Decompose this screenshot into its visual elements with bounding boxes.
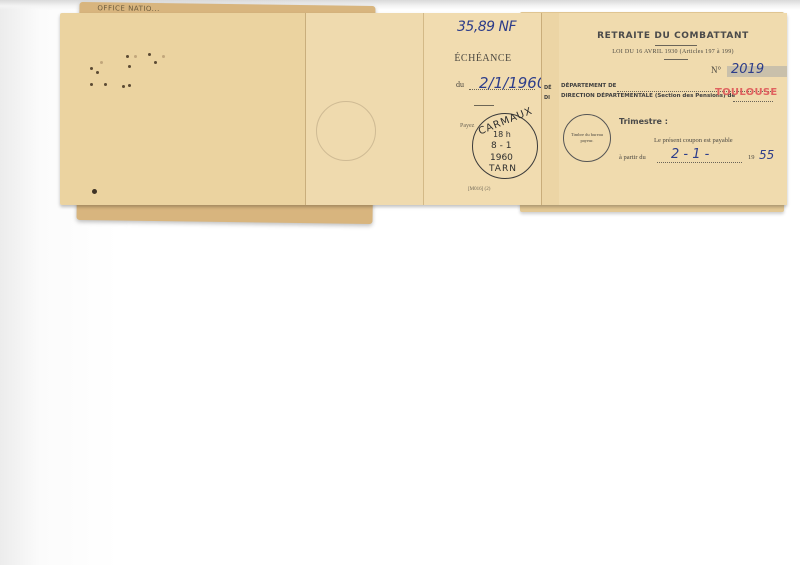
handwritten-year: 55 xyxy=(759,148,774,162)
postmark-time: 18 h xyxy=(493,130,511,139)
postmark-stamp: CARMAUX 18 h 8 - 1 1960 TARN xyxy=(472,113,538,179)
a-partir-label: à partir du xyxy=(619,154,646,161)
direction-field-line xyxy=(733,101,773,102)
law-reference: LOI DU 16 AVRIL 1930 (Articles 197 à 199… xyxy=(559,49,787,55)
timbre-text: Timbre du bureau payeur. xyxy=(564,132,610,144)
office-header-fragment: OFFICE NATIO... xyxy=(97,4,159,13)
handwritten-start-date: 2 - 1 - xyxy=(671,147,709,162)
faded-stamp-impression xyxy=(316,101,376,161)
timbre-circle: Timbre du bureau payeur. xyxy=(563,114,611,162)
trimestre-label: Trimestre : xyxy=(619,117,668,126)
pension-coupon: RETRAITE DU COMBATTANT LOI DU 16 AVRIL 1… xyxy=(559,13,787,205)
toulouse-stamp: TOULOUSE xyxy=(715,87,778,98)
strip-fragment: DI xyxy=(544,95,550,101)
start-date-line xyxy=(657,162,742,163)
payez-label: Payez xyxy=(460,123,474,129)
year-prefix: 19 xyxy=(748,154,755,161)
number-label: N° xyxy=(711,65,721,75)
handwritten-amount: 35,89 NF xyxy=(457,19,516,35)
divider xyxy=(474,105,494,106)
departement-label: DÉPARTEMENT DE xyxy=(561,83,616,89)
left-cover-panel xyxy=(60,13,305,205)
title-rule xyxy=(655,45,697,46)
echeance-title: ÉCHÉANCE xyxy=(424,53,542,64)
du-label: du xyxy=(456,80,464,89)
direction-label: DIRECTION DÉPARTEMENTALE (Section des Pe… xyxy=(561,93,735,99)
echeance-panel: 35,89 NF ÉCHÉANCE du 2/1/1960 Payez [M01… xyxy=(423,13,542,205)
perforation-holes xyxy=(88,53,168,93)
form-reference: [M016] (2) xyxy=(468,187,490,192)
strip-fragment: DÉ xyxy=(544,85,552,91)
punch-hole xyxy=(92,189,97,194)
postmark-department: TARN xyxy=(489,164,517,174)
handwritten-echeance-date: 2/1/1960 xyxy=(479,74,546,92)
coupon-number: 2019 xyxy=(731,62,764,77)
law-rule xyxy=(664,59,688,60)
postmark-year: 1960 xyxy=(490,153,513,163)
coupon-booklet: 35,89 NF ÉCHÉANCE du 2/1/1960 Payez [M01… xyxy=(60,13,787,205)
middle-panel xyxy=(305,13,424,205)
coupon-title: RETRAITE DU COMBATTANT xyxy=(559,31,787,41)
payable-text: Le présent coupon est payable xyxy=(654,137,733,144)
binding-strip: DÉ DI xyxy=(541,13,561,205)
postmark-date: 8 - 1 xyxy=(491,141,511,151)
